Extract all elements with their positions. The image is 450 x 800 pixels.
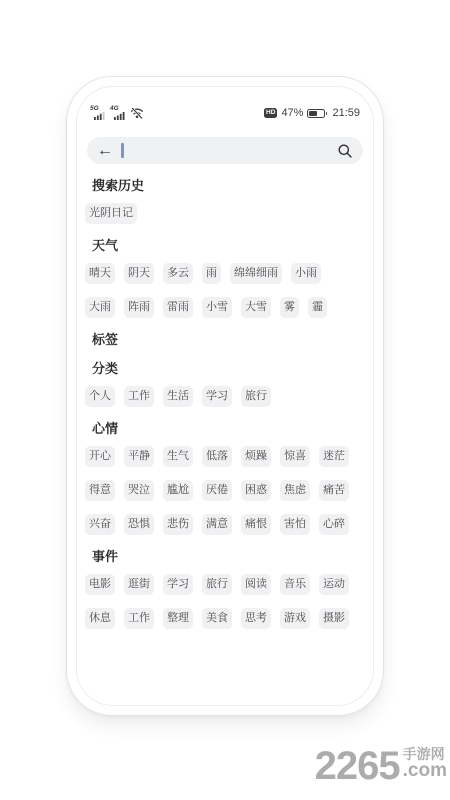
search-bar[interactable]: ← [87,137,363,164]
clock-text: 21:59 [332,107,360,119]
tag-chip[interactable]: 学习 [202,386,232,407]
watermark-column: 手游网 .com [403,746,447,780]
chip-row: 晴天阴天多云雨绵绵细雨小雨 [85,263,365,284]
tag-chip[interactable]: 霾 [308,297,327,318]
battery-percent: 47% [281,107,303,119]
tag-chip[interactable]: 阵雨 [124,297,154,318]
tag-chip[interactable]: 满意 [202,514,232,535]
battery-level [309,111,317,116]
section-tags: 标签 [85,332,365,347]
tag-chip[interactable]: 痛恨 [241,514,271,535]
watermark-site-name: 手游网 [403,747,447,761]
tag-chip[interactable]: 心碎 [319,514,349,535]
back-button[interactable]: ← [97,143,113,159]
tag-chip[interactable]: 得意 [85,480,115,501]
tag-chip[interactable]: 迷茫 [319,446,349,467]
tag-chip[interactable]: 恐惧 [124,514,154,535]
tag-chip[interactable]: 摄影 [319,608,349,629]
status-bar-right: HD 47% 21:59 [264,107,360,119]
signal-sim2-icon: 4G [110,106,125,120]
phone-frame: 5G 4G [66,76,384,716]
tag-chip[interactable]: 晴天 [85,263,115,284]
section-title: 心情 [92,421,365,436]
tag-chip[interactable]: 学习 [163,574,193,595]
tag-chip[interactable]: 生活 [163,386,193,407]
battery-icon [307,109,325,118]
signal-bars-icon [94,111,105,120]
signal-sim1-icon: 5G [90,106,105,120]
tag-chip[interactable]: 生气 [163,446,193,467]
tag-chip[interactable]: 烦躁 [241,446,271,467]
tag-chip[interactable]: 整理 [163,608,193,629]
section-title: 标签 [92,332,365,347]
tag-chip[interactable]: 低落 [202,446,232,467]
chip-row: 开心平静生气低落烦躁惊喜迷茫 [85,446,365,467]
watermark-number: 2265 [315,746,400,786]
section-title: 搜索历史 [92,178,365,193]
search-icon[interactable] [337,143,353,159]
tag-chip[interactable]: 悲伤 [163,514,193,535]
status-bar: 5G 4G [90,104,360,122]
tag-chip[interactable]: 尴尬 [163,480,193,501]
watermark-domain-suffix: .com [403,761,447,780]
tag-chip[interactable]: 害怕 [280,514,310,535]
tag-chip[interactable]: 阴天 [124,263,154,284]
tag-chip[interactable]: 痛苦 [319,480,349,501]
tag-chip[interactable]: 光阴日记 [85,203,137,224]
site-watermark: 2265 手游网 .com [315,746,447,786]
section-category: 分类个人工作生活学习旅行 [85,361,365,407]
tag-chip[interactable]: 厌倦 [202,480,232,501]
tag-chip[interactable]: 休息 [85,608,115,629]
tag-chip[interactable]: 哭泣 [124,480,154,501]
tag-chip[interactable]: 美食 [202,608,232,629]
tag-chip[interactable]: 阅读 [241,574,271,595]
chip-row: 电影逛街学习旅行阅读音乐运动 [85,574,365,595]
chip-row: 大雨阵雨雷雨小雪大雪雾霾 [85,297,365,318]
tag-chip[interactable]: 运动 [319,574,349,595]
wifi-off-icon [130,107,144,119]
section-mood: 心情开心平静生气低落烦躁惊喜迷茫得意哭泣尴尬厌倦困惑焦虑痛苦兴奋恐惧悲伤满意痛恨… [85,421,365,535]
section-title: 天气 [92,238,365,253]
tag-chip[interactable]: 音乐 [280,574,310,595]
chip-row: 兴奋恐惧悲伤满意痛恨害怕心碎 [85,514,365,535]
tag-chip[interactable]: 焦虑 [280,480,310,501]
tag-chip[interactable]: 工作 [124,386,154,407]
tag-chip[interactable]: 思考 [241,608,271,629]
chip-row: 得意哭泣尴尬厌倦困惑焦虑痛苦 [85,480,365,501]
tag-chip[interactable]: 困惑 [241,480,271,501]
tag-chip[interactable]: 工作 [124,608,154,629]
tag-chip[interactable]: 平静 [124,446,154,467]
tag-chip[interactable]: 雷雨 [163,297,193,318]
section-title: 事件 [92,549,365,564]
chip-row: 个人工作生活学习旅行 [85,386,365,407]
tag-chip[interactable]: 雾 [280,297,299,318]
tag-chip[interactable]: 游戏 [280,608,310,629]
tag-chip[interactable]: 绵绵细雨 [230,263,282,284]
section-title: 分类 [92,361,365,376]
tag-chip[interactable]: 电影 [85,574,115,595]
status-bar-left: 5G 4G [90,106,144,120]
tag-chip[interactable]: 逛街 [124,574,154,595]
chip-row: 光阴日记 [85,203,365,224]
tag-chip[interactable]: 兴奋 [85,514,115,535]
tag-chip[interactable]: 个人 [85,386,115,407]
tag-chip[interactable]: 旅行 [241,386,271,407]
section-event: 事件电影逛街学习旅行阅读音乐运动休息工作整理美食思考游戏摄影 [85,549,365,629]
tag-sections: 搜索历史光阴日记天气晴天阴天多云雨绵绵细雨小雨大雨阵雨雷雨小雪大雪雾霾标签分类个… [85,178,365,629]
tag-chip[interactable]: 旅行 [202,574,232,595]
tag-chip[interactable]: 大雨 [85,297,115,318]
search-input[interactable] [124,137,338,164]
tag-chip[interactable]: 小雨 [291,263,321,284]
tag-chip[interactable]: 大雪 [241,297,271,318]
tag-chip[interactable]: 开心 [85,446,115,467]
section-weather: 天气晴天阴天多云雨绵绵细雨小雨大雨阵雨雷雨小雪大雪雾霾 [85,238,365,318]
hd-badge: HD [264,108,277,118]
tag-chip[interactable]: 小雪 [202,297,232,318]
tag-chip[interactable]: 惊喜 [280,446,310,467]
phone-screen: 5G 4G [76,86,374,706]
section-search-history: 搜索历史光阴日记 [85,178,365,224]
chip-row: 休息工作整理美食思考游戏摄影 [85,608,365,629]
signal-bars-icon [114,111,125,120]
tag-chip[interactable]: 多云 [163,263,193,284]
tag-chip[interactable]: 雨 [202,263,221,284]
page-background: 5G 4G [0,0,450,800]
